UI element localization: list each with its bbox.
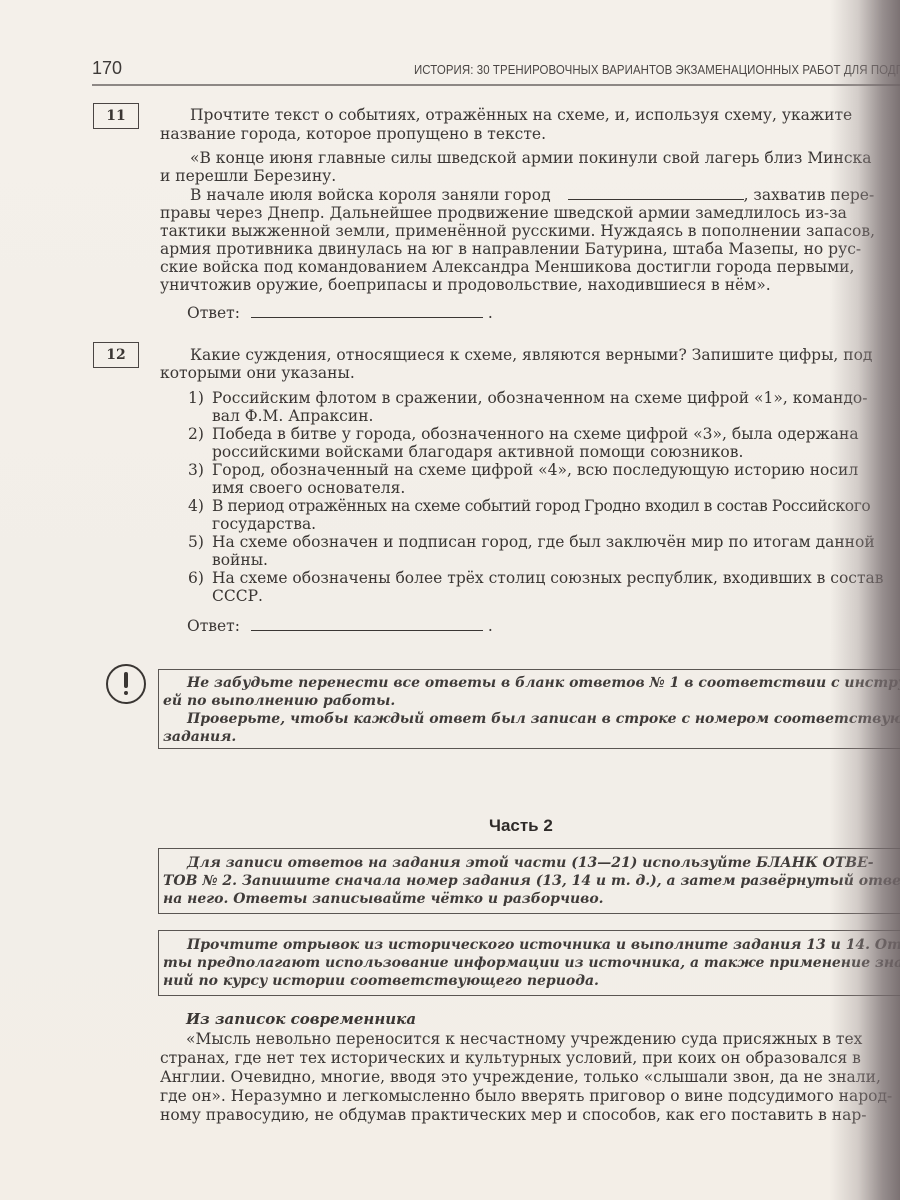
task12-prompt-line-1: Какие суждения, относящиеся к схеме, явл… [190, 346, 872, 364]
task11-prompt-line-1: Прочтите текст о событиях, отражённых на… [190, 106, 852, 124]
task11-quote-line-5: тактики выжженной земли, применённой рус… [160, 222, 875, 240]
source-text-line-5: ному правосудию, не обдумав практических… [160, 1106, 867, 1124]
answer-period: . [488, 617, 493, 635]
task12-answer: Ответ: . [187, 617, 493, 635]
page-number: 170 [92, 58, 122, 79]
task11-quote-line-1: «В конце июня главные силы шведской арми… [190, 149, 871, 167]
notice-box: Не забудьте перенести все ответы в бланк… [158, 669, 900, 749]
header-divider [92, 84, 900, 86]
notice-line-1: Не забудьте перенести все ответы в бланк… [187, 674, 900, 692]
task12-answer-field[interactable] [251, 618, 483, 631]
task-number-12: 12 [93, 342, 139, 368]
task11-prompt-line-2: название города, которое пропущено в тек… [160, 125, 546, 143]
source-instr-line-2: ты предполагают использование информации… [163, 954, 900, 972]
page-header: 170 ИСТОРИЯ: 30 ТРЕНИРОВОЧНЫХ ВАРИАНТОВ … [92, 58, 900, 84]
source-instructions-box: Прочтите отрывок из исторического источн… [158, 930, 900, 996]
task11-gap-line: В начале июля войска короля заняли город… [190, 186, 874, 204]
task11-quote-line-7: ские войска под командованием Александра… [160, 258, 854, 276]
source-instr-line-1: Прочтите отрывок из исторического источн… [187, 936, 900, 954]
notice-line-2: ей по выполнению работы. [163, 692, 395, 710]
source-text-line-4: где он». Неразумно и легкомысленно было … [160, 1087, 892, 1105]
answer-label: Ответ: [187, 304, 240, 322]
source-instr-line-3: ний по курсу истории соответствующего пе… [163, 972, 599, 990]
task11-quote-line-8: уничтожив оружие, боеприпасы и продоволь… [160, 276, 771, 294]
part-2-heading: Часть 2 [489, 816, 553, 836]
notice-line-4: задания. [163, 728, 236, 746]
part2-instructions-box: Для записи ответов на задания этой части… [158, 848, 900, 914]
answer-label: Ответ: [187, 617, 240, 635]
running-title: ИСТОРИЯ: 30 ТРЕНИРОВОЧНЫХ ВАРИАНТОВ ЭКЗА… [414, 62, 900, 77]
source-text-line-3: Англии. Очевидно, многие, вводя это учре… [160, 1068, 881, 1086]
task11-quote-line-6: армия противника двинулась на юг в напра… [160, 240, 861, 258]
source-text-line-2: странах, где нет тех исторических и куль… [160, 1049, 861, 1067]
task11-quote-line-4: правы через Днепр. Дальнейшее продвижени… [160, 204, 847, 222]
task12-prompt-line-2: которыми они указаны. [160, 364, 355, 382]
source-text-line-1: «Мысль невольно переносится к несчастном… [186, 1030, 862, 1048]
source-title: Из записок современника [186, 1010, 416, 1028]
part2-instr-line-3: на него. Ответы записывайте чётко и разб… [163, 890, 604, 908]
task11-quote-line-2: и перешли Березину. [160, 167, 336, 185]
task11-answer: Ответ: . [187, 304, 493, 322]
part2-instr-line-1: Для записи ответов на задания этой части… [187, 854, 874, 872]
task11-answer-field[interactable] [251, 305, 483, 318]
notice-line-3: Проверьте, чтобы каждый ответ был записа… [187, 710, 900, 728]
answer-period: . [488, 304, 493, 322]
exclamation-circle-icon [106, 664, 146, 704]
part2-instr-line-2: ТОВ № 2. Запишите сначала номер задания … [163, 872, 900, 890]
task-number-11: 11 [93, 103, 139, 129]
missing-city-blank[interactable] [568, 187, 744, 200]
task11-gap-after: , захватив пере- [744, 186, 875, 204]
task11-gap-before: В начале июля войска короля заняли город [190, 186, 551, 204]
book-page: 170 ИСТОРИЯ: 30 ТРЕНИРОВОЧНЫХ ВАРИАНТОВ … [0, 0, 900, 1200]
